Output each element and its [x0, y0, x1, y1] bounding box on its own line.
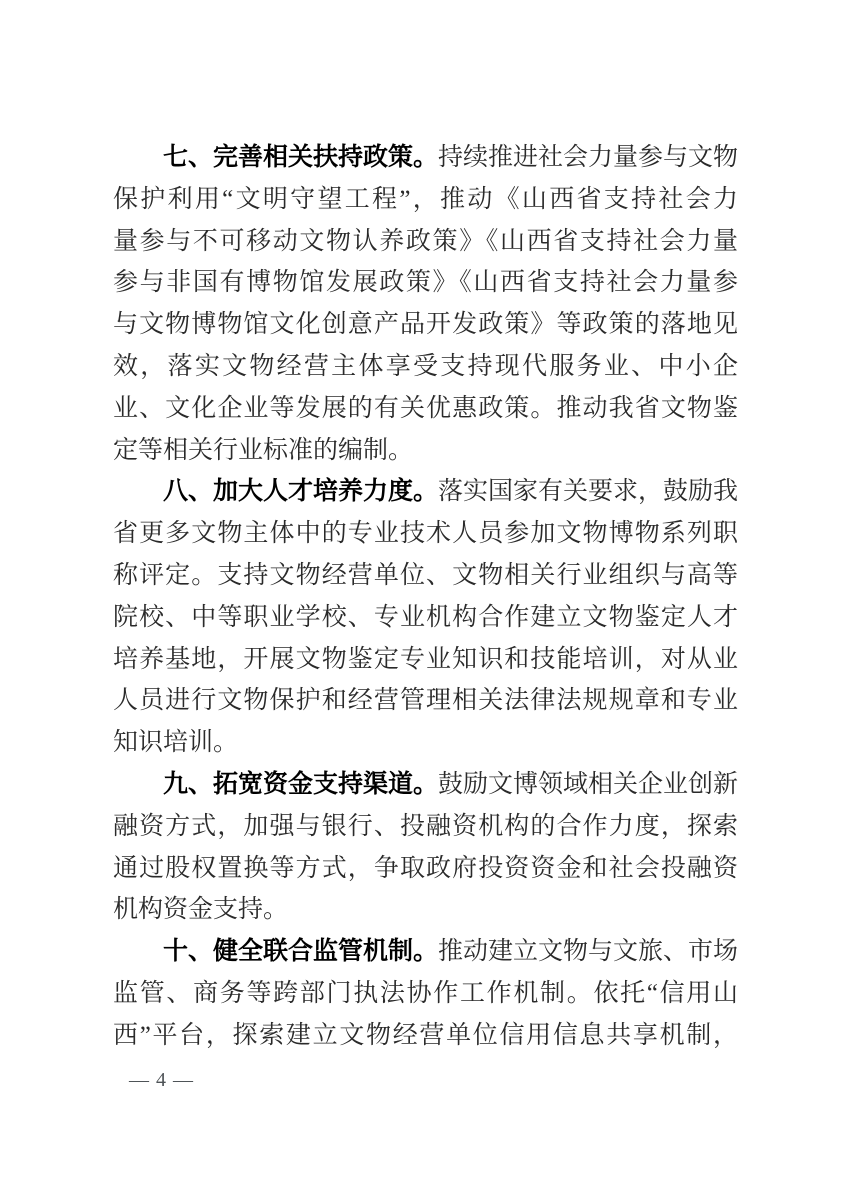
paragraph-8-line-2: 省更多文物主体中的专业技术人员参加文物博物系列职: [113, 513, 738, 555]
paragraph-9-line-1: 九、拓宽资金支持渠道。鼓励文博领域相关企业创新: [113, 764, 738, 806]
paragraph-8-line-6: 人员进行文物保护和经营管理相关法律法规规章和专业: [113, 680, 738, 722]
paragraph-7-line-5: 与文物博物馆文化创意产品开发政策》等政策的落地见: [113, 304, 738, 346]
paragraph-8-line-5: 培养基地，开展文物鉴定专业知识和技能培训，对从业: [113, 639, 738, 681]
paragraph-7-heading: 七、完善相关扶持政策。: [163, 143, 438, 171]
paragraph-8: 八、加大人才培养力度。落实国家有关要求，鼓励我 省更多文物主体中的专业技术人员参…: [113, 471, 738, 764]
page-number: — 4 —: [129, 1066, 194, 1094]
paragraph-9-line-2: 融资方式，加强与银行、投融资机构的合作力度，探索: [113, 806, 738, 848]
document-body: 七、完善相关扶持政策。持续推进社会力量参与文物 保护利用“文明守望工程”，推动《…: [113, 137, 738, 1057]
paragraph-8-line-7: 知识培训。: [113, 722, 738, 764]
paragraph-9: 九、拓宽资金支持渠道。鼓励文博领域相关企业创新 融资方式，加强与银行、投融资机构…: [113, 764, 738, 931]
paragraph-7-line-2: 保护利用“文明守望工程”，推动《山西省支持社会力: [113, 179, 738, 221]
paragraph-8-line-3: 称评定。支持文物经营单位、文物相关行业组织与高等: [113, 555, 738, 597]
paragraph-8-line-4: 院校、中等职业学校、专业机构合作建立文物鉴定人才: [113, 597, 738, 639]
paragraph-7-line-8: 定等相关行业标准的编制。: [113, 430, 738, 472]
paragraph-10-line-1: 十、健全联合监管机制。推动建立文物与文旅、市场: [113, 931, 738, 973]
paragraph-7: 七、完善相关扶持政策。持续推进社会力量参与文物 保护利用“文明守望工程”，推动《…: [113, 137, 738, 471]
paragraph-8-line-1-text: 落实国家有关要求，鼓励我: [438, 478, 738, 505]
paragraph-10-line-1-text: 推动建立文物与文旅、市场: [438, 938, 738, 965]
paragraph-7-line-6: 效，落实文物经营主体享受支持现代服务业、中小企: [113, 346, 738, 388]
paragraph-10: 十、健全联合监管机制。推动建立文物与文旅、市场 监管、商务等跨部门执法协作工作机…: [113, 931, 738, 1056]
paragraph-7-line-1: 七、完善相关扶持政策。持续推进社会力量参与文物: [113, 137, 738, 179]
paragraph-9-line-4: 机构资金支持。: [113, 889, 738, 931]
paragraph-8-line-1: 八、加大人才培养力度。落实国家有关要求，鼓励我: [113, 471, 738, 513]
paragraph-10-line-3: 西”平台，探索建立文物经营单位信用信息共享机制，: [113, 1015, 738, 1057]
paragraph-8-heading: 八、加大人才培养力度。: [163, 477, 438, 505]
document-page: 七、完善相关扶持政策。持续推进社会力量参与文物 保护利用“文明守望工程”，推动《…: [0, 0, 850, 1202]
paragraph-10-line-2: 监管、商务等跨部门执法协作工作机制。依托“信用山: [113, 973, 738, 1015]
paragraph-7-line-3: 量参与不可移动文物认养政策》《山西省支持社会力量: [113, 221, 738, 263]
paragraph-9-heading: 九、拓宽资金支持渠道。: [163, 770, 438, 798]
paragraph-7-line-4: 参与非国有博物馆发展政策》《山西省支持社会力量参: [113, 262, 738, 304]
paragraph-7-line-1-text: 持续推进社会力量参与文物: [438, 144, 738, 171]
paragraph-9-line-1-text: 鼓励文博领域相关企业创新: [438, 771, 738, 798]
paragraph-9-line-3: 通过股权置换等方式，争取政府投资资金和社会投融资: [113, 848, 738, 890]
paragraph-10-heading: 十、健全联合监管机制。: [163, 937, 438, 965]
paragraph-7-line-7: 业、文化企业等发展的有关优惠政策。推动我省文物鉴: [113, 388, 738, 430]
